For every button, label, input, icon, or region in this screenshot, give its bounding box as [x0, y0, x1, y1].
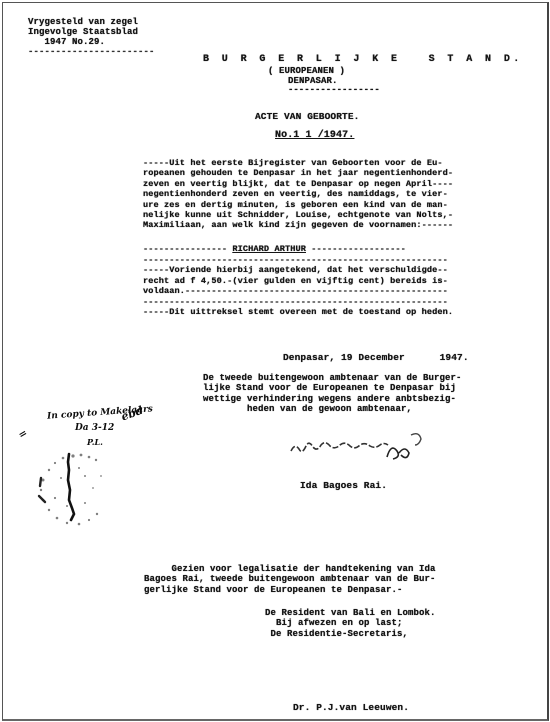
body-line: zeven en veertig blijkt, dat te Denpasar…	[143, 179, 453, 189]
resident-line: Bij afwezen en op last;	[265, 618, 403, 628]
body-line: -----Uit het eerste Bijregister van Gebo…	[143, 158, 443, 168]
stamp-rule: -----------------------	[28, 47, 155, 57]
note-line: voldaan.--------------------------------…	[143, 286, 448, 296]
signature-ida-bagoes-rai	[287, 429, 447, 465]
header-rule: -----------------	[288, 85, 380, 95]
body-line: Maximiliaan, aan welk kind zijn gegeven …	[143, 220, 453, 230]
resident-line: De Resident van Bali en Lombok.	[265, 608, 436, 618]
legal-line: Gezien voor legalisatie der handtekening…	[144, 564, 436, 574]
header-title: B U R G E R L I J K E S T A N D.	[203, 55, 523, 65]
legal-line: gerlijke Stand voor de Europeanen te Den…	[144, 585, 403, 595]
handwritten-note-line-3: P.L.	[87, 437, 103, 447]
given-names: RICHARD ARTHUR	[232, 244, 306, 254]
body-line: nelijke kunne uit Schnidder, Louise, ech…	[143, 210, 453, 220]
signer-name: Ida Bagoes Rai.	[300, 481, 387, 491]
stamp-line-1: Vrygesteld van zegel	[28, 17, 138, 27]
official-line: heden van de gewoon ambtenaar,	[203, 404, 412, 414]
legal-line: Bagoes Rai, tweede buitengewoon ambtenaa…	[144, 574, 436, 584]
faded-seal-stamp	[33, 448, 113, 533]
note-line: ----------------------------------------…	[143, 255, 448, 265]
name-prefix-dashes: ----------------	[143, 244, 227, 254]
acte-title: ACTE VAN GEBOORTE.	[255, 112, 359, 122]
final-signer-name: Dr. P.J.van Leeuwen.	[293, 703, 409, 713]
resident-block: De Resident van Bali en Lombok. Bij afwe…	[265, 608, 436, 639]
note-line: recht ad f 4,50.-(vier gulden en vijftig…	[143, 276, 448, 286]
official-line: lijke Stand voor de Europeanen te Denpas…	[203, 383, 456, 393]
handwritten-note-line-2: Da 3-12	[75, 423, 114, 433]
body-line: ure zes en dertig minuten, is geboren ee…	[143, 200, 448, 210]
document-page: Vrygesteld van zegel Ingevolge Staatsbla…	[2, 2, 549, 721]
official-paragraph: De tweede buitengewoon ambtenaar van de …	[203, 373, 462, 415]
given-names-line: ---------------- RICHARD ARTHUR --------…	[143, 244, 406, 254]
stamp-line-3: 1947 No.29.	[28, 37, 105, 47]
name-suffix-dashes: ------------------	[311, 244, 406, 254]
handwritten-mark: =	[17, 428, 30, 442]
resident-line: De Residentie-Secretaris,	[265, 629, 408, 639]
header-subtitle: ( EUROPEANEN )	[268, 66, 345, 76]
official-line: wettige verhindering wegens andere anbts…	[203, 394, 456, 404]
stamp-line-2: Ingevolge Staatsblad	[28, 27, 138, 37]
official-line: De tweede buitengewoon ambtenaar van de …	[203, 373, 462, 383]
body-line: ropeanen gehouden te Denpasar in het jaa…	[143, 168, 453, 178]
notes-paragraph: ----------------------------------------…	[143, 255, 453, 317]
note-line: -----Dit uittreksel stemt overeen met de…	[143, 307, 453, 317]
stamp-exemption: Vrygesteld van zegel Ingevolge Staatsbla…	[28, 17, 155, 57]
note-line: ----------------------------------------…	[143, 297, 448, 307]
date-line: Denpasar, 19 December 1947.	[283, 353, 469, 363]
note-line: -----Voriende hierbij aangetekend, dat h…	[143, 265, 448, 275]
acte-number: No.1 1 /1947.	[275, 131, 354, 141]
birth-record-paragraph: -----Uit het eerste Bijregister van Gebo…	[143, 158, 453, 231]
body-line: negentienhonderd zeven en veertig, des n…	[143, 189, 448, 199]
legalisation-paragraph: Gezien voor legalisatie der handtekening…	[144, 564, 436, 595]
